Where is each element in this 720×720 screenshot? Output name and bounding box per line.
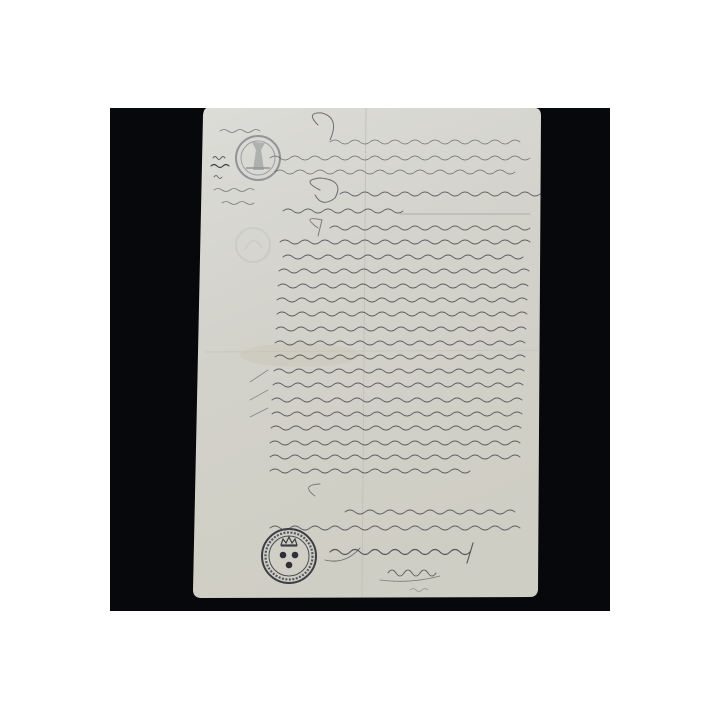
document-photo: Handwritten historical document on aged … (0, 0, 720, 720)
